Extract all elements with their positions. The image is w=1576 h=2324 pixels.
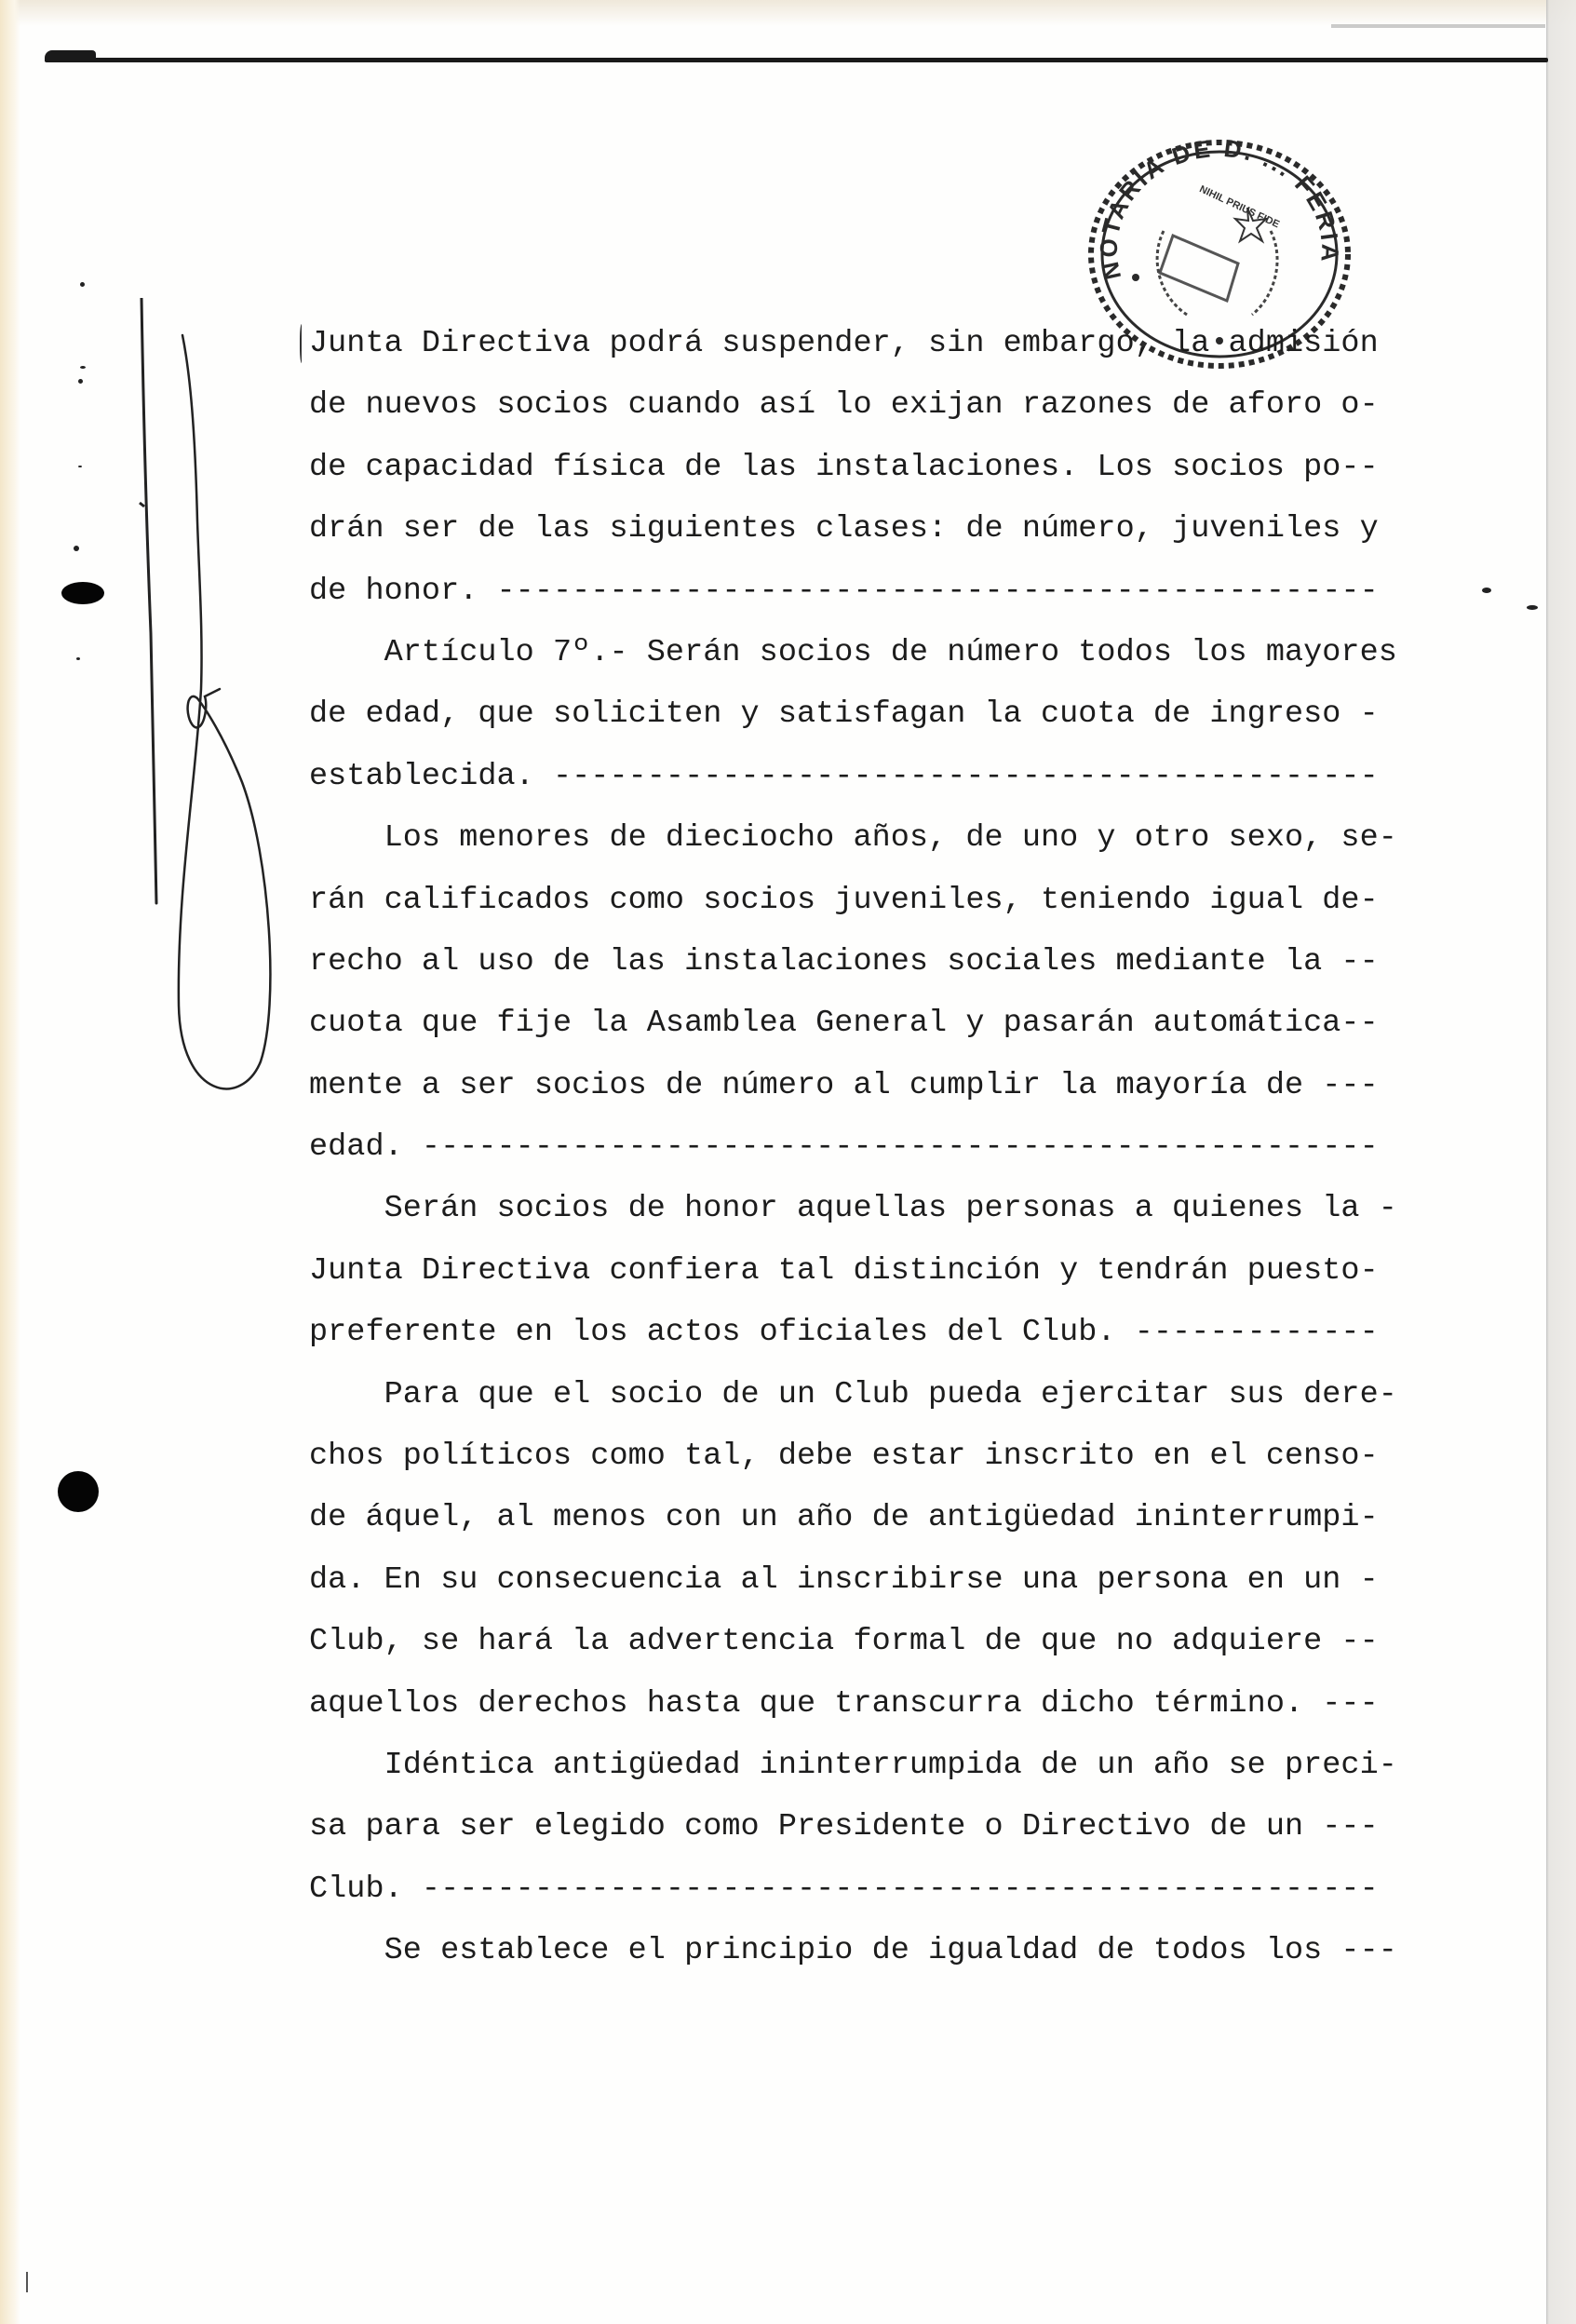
text-line: aquellos derechos hasta que transcurra d… (309, 1687, 1380, 1749)
text-line: de nuevos socios cuando así lo exijan ra… (309, 388, 1380, 450)
margin-dot (74, 546, 79, 551)
article-heading-line: Artículo 7º.- Serán socios de número tod… (309, 636, 1380, 697)
text-line: sa para ser elegido como Presidente o Di… (309, 1810, 1380, 1871)
text-line: de edad, que soliciten y satisfagan la c… (309, 697, 1380, 759)
punch-hole-bottom (58, 1471, 99, 1512)
handwritten-signature (130, 298, 298, 1117)
text-line: edad. ----------------------------------… (309, 1130, 1380, 1192)
margin-mark-right (1482, 588, 1491, 593)
punch-hole-top (61, 582, 104, 604)
paper-right-edge (1546, 0, 1576, 2324)
margin-tick (26, 2272, 28, 2292)
svg-text:NOTARIA DE D. ... FERIA: NOTARIA DE D. ... FERIA (1095, 138, 1345, 282)
margin-dot (78, 466, 82, 467)
text-line: cuota que fije la Asamblea General y pas… (309, 1007, 1380, 1068)
text-line: de capacidad física de las instalaciones… (309, 451, 1380, 512)
text-line: preferente en los actos oficiales del Cl… (309, 1316, 1380, 1377)
margin-mark-right (1527, 605, 1538, 610)
text-line: Serán socios de honor aquellas personas … (309, 1192, 1380, 1253)
margin-dot (80, 282, 85, 287)
text-line: chos políticos como tal, debe estar insc… (309, 1439, 1380, 1501)
text-line: Se establece el principio de igualdad de… (309, 1934, 1380, 1995)
stamp-text: NOTARIA DE D. ... FERIA (1095, 138, 1345, 282)
text-line: Junta Directiva confiera tal distinción … (309, 1254, 1380, 1316)
text-line: Los menores de dieciocho años, de uno y … (309, 821, 1380, 883)
header-rule (45, 58, 1548, 62)
text-line: da. En su consecuencia al inscribirse un… (309, 1563, 1380, 1625)
text-line: de honor. ------------------------------… (309, 574, 1380, 636)
margin-dot (80, 366, 86, 369)
text-line: Club. ----------------------------------… (309, 1872, 1380, 1934)
text-line: Para que el socio de un Club pueda ejerc… (309, 1378, 1380, 1439)
text-line: mente a ser socios de número al cumplir … (309, 1069, 1380, 1130)
scan-smudge (1331, 24, 1545, 28)
paper-top-shadow (0, 0, 1576, 26)
text-line: rán calificados como socios juveniles, t… (309, 884, 1380, 945)
text-line: recho al uso de las instalaciones social… (309, 945, 1380, 1007)
text-line: Club, se hará la advertencia formal de q… (309, 1625, 1380, 1686)
text-line: Junta Directiva podrá suspender, sin emb… (309, 327, 1380, 388)
margin-dot (78, 379, 83, 384)
margin-dot (76, 657, 80, 660)
typed-text-body: Junta Directiva podrá suspender, sin emb… (309, 327, 1380, 1996)
paper-left-edge (0, 0, 20, 2324)
text-line: establecida. ---------------------------… (309, 760, 1380, 821)
text-line: Idéntica antigüedad ininterrumpida de un… (309, 1749, 1380, 1810)
margin-bracket (300, 324, 304, 363)
text-line: drán ser de las siguientes clases: de nú… (309, 512, 1380, 574)
text-line: de áquel, al menos con un año de antigüe… (309, 1501, 1380, 1562)
